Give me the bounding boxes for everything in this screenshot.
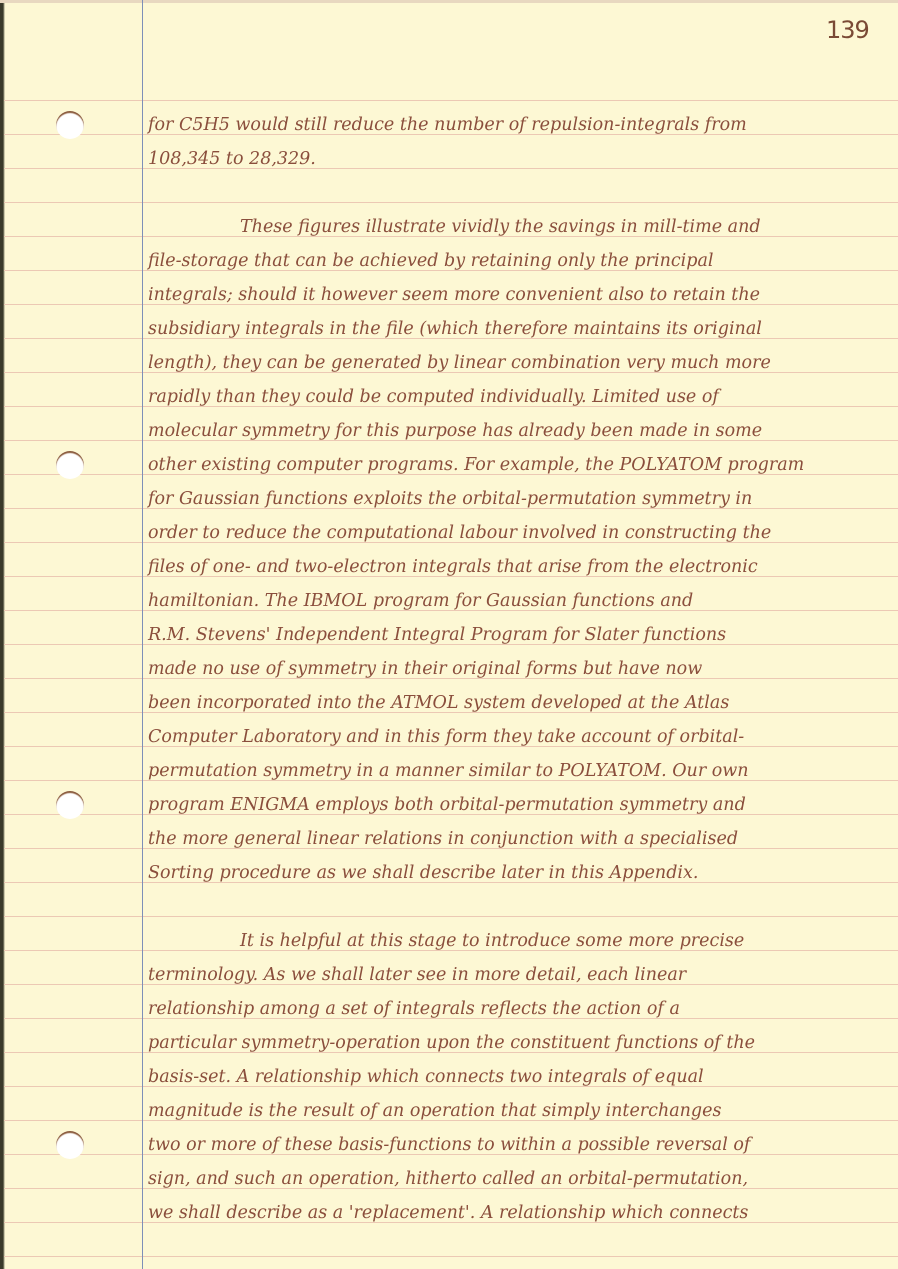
text-line: file-storage that can be achieved by ret… (148, 251, 713, 271)
punch-hole (56, 791, 84, 819)
text-line: other existing computer programs. For ex… (148, 455, 804, 475)
text-line: for C5H5 would still reduce the number o… (148, 115, 747, 135)
text-line: we shall describe as a 'replacement'. A … (148, 1203, 748, 1223)
ruled-line (4, 100, 898, 101)
text-line: It is helpful at this stage to introduce… (240, 931, 744, 951)
notebook-page: 139 for C5H5 would still reduce the numb… (0, 0, 898, 1269)
text-line: the more general linear relations in con… (148, 829, 738, 849)
text-line: sign, and such an operation, hitherto ca… (148, 1169, 748, 1189)
punch-hole (56, 111, 84, 139)
text-line: been incorporated into the ATMOL system … (148, 693, 729, 713)
text-line: for Gaussian functions exploits the orbi… (148, 489, 752, 509)
text-line: hamiltonian. The IBMOL program for Gauss… (148, 591, 693, 611)
margin-line (142, 0, 143, 1269)
page-number: 139 (826, 16, 869, 44)
ruled-line (4, 202, 898, 203)
ruled-line (4, 168, 898, 169)
text-line: terminology. As we shall later see in mo… (148, 965, 686, 985)
text-line: program ENIGMA employs both orbital-perm… (148, 795, 746, 815)
text-line: made no use of symmetry in their origina… (148, 659, 702, 679)
text-line: Computer Laboratory and in this form the… (148, 727, 744, 747)
text-line: relationship among a set of integrals re… (148, 999, 680, 1019)
text-line: 108,345 to 28,329. (148, 149, 316, 169)
text-line: molecular symmetry for this purpose has … (148, 421, 762, 441)
punch-hole (56, 451, 84, 479)
text-line: magnitude is the result of an operation … (148, 1101, 721, 1121)
ruled-line (4, 1256, 898, 1257)
text-line: subsidiary integrals in the file (which … (148, 319, 762, 339)
text-line: rapidly than they could be computed indi… (148, 387, 719, 407)
text-line: two or more of these basis-functions to … (148, 1135, 750, 1155)
text-line: files of one- and two-electron integrals… (148, 557, 758, 577)
text-line: order to reduce the computational labour… (148, 523, 771, 543)
text-line: basis-set. A relationship which connects… (148, 1067, 704, 1087)
text-line: permutation symmetry in a manner similar… (148, 761, 749, 781)
text-line: These figures illustrate vividly the sav… (240, 217, 761, 237)
text-line: particular symmetry-operation upon the c… (148, 1033, 755, 1053)
text-line: integrals; should it however seem more c… (148, 285, 760, 305)
text-line: length), they can be generated by linear… (148, 353, 771, 373)
ruled-line (4, 916, 898, 917)
text-line: Sorting procedure as we shall describe l… (148, 863, 698, 883)
text-line: R.M. Stevens' Independent Integral Progr… (148, 625, 726, 645)
punch-hole (56, 1131, 84, 1159)
